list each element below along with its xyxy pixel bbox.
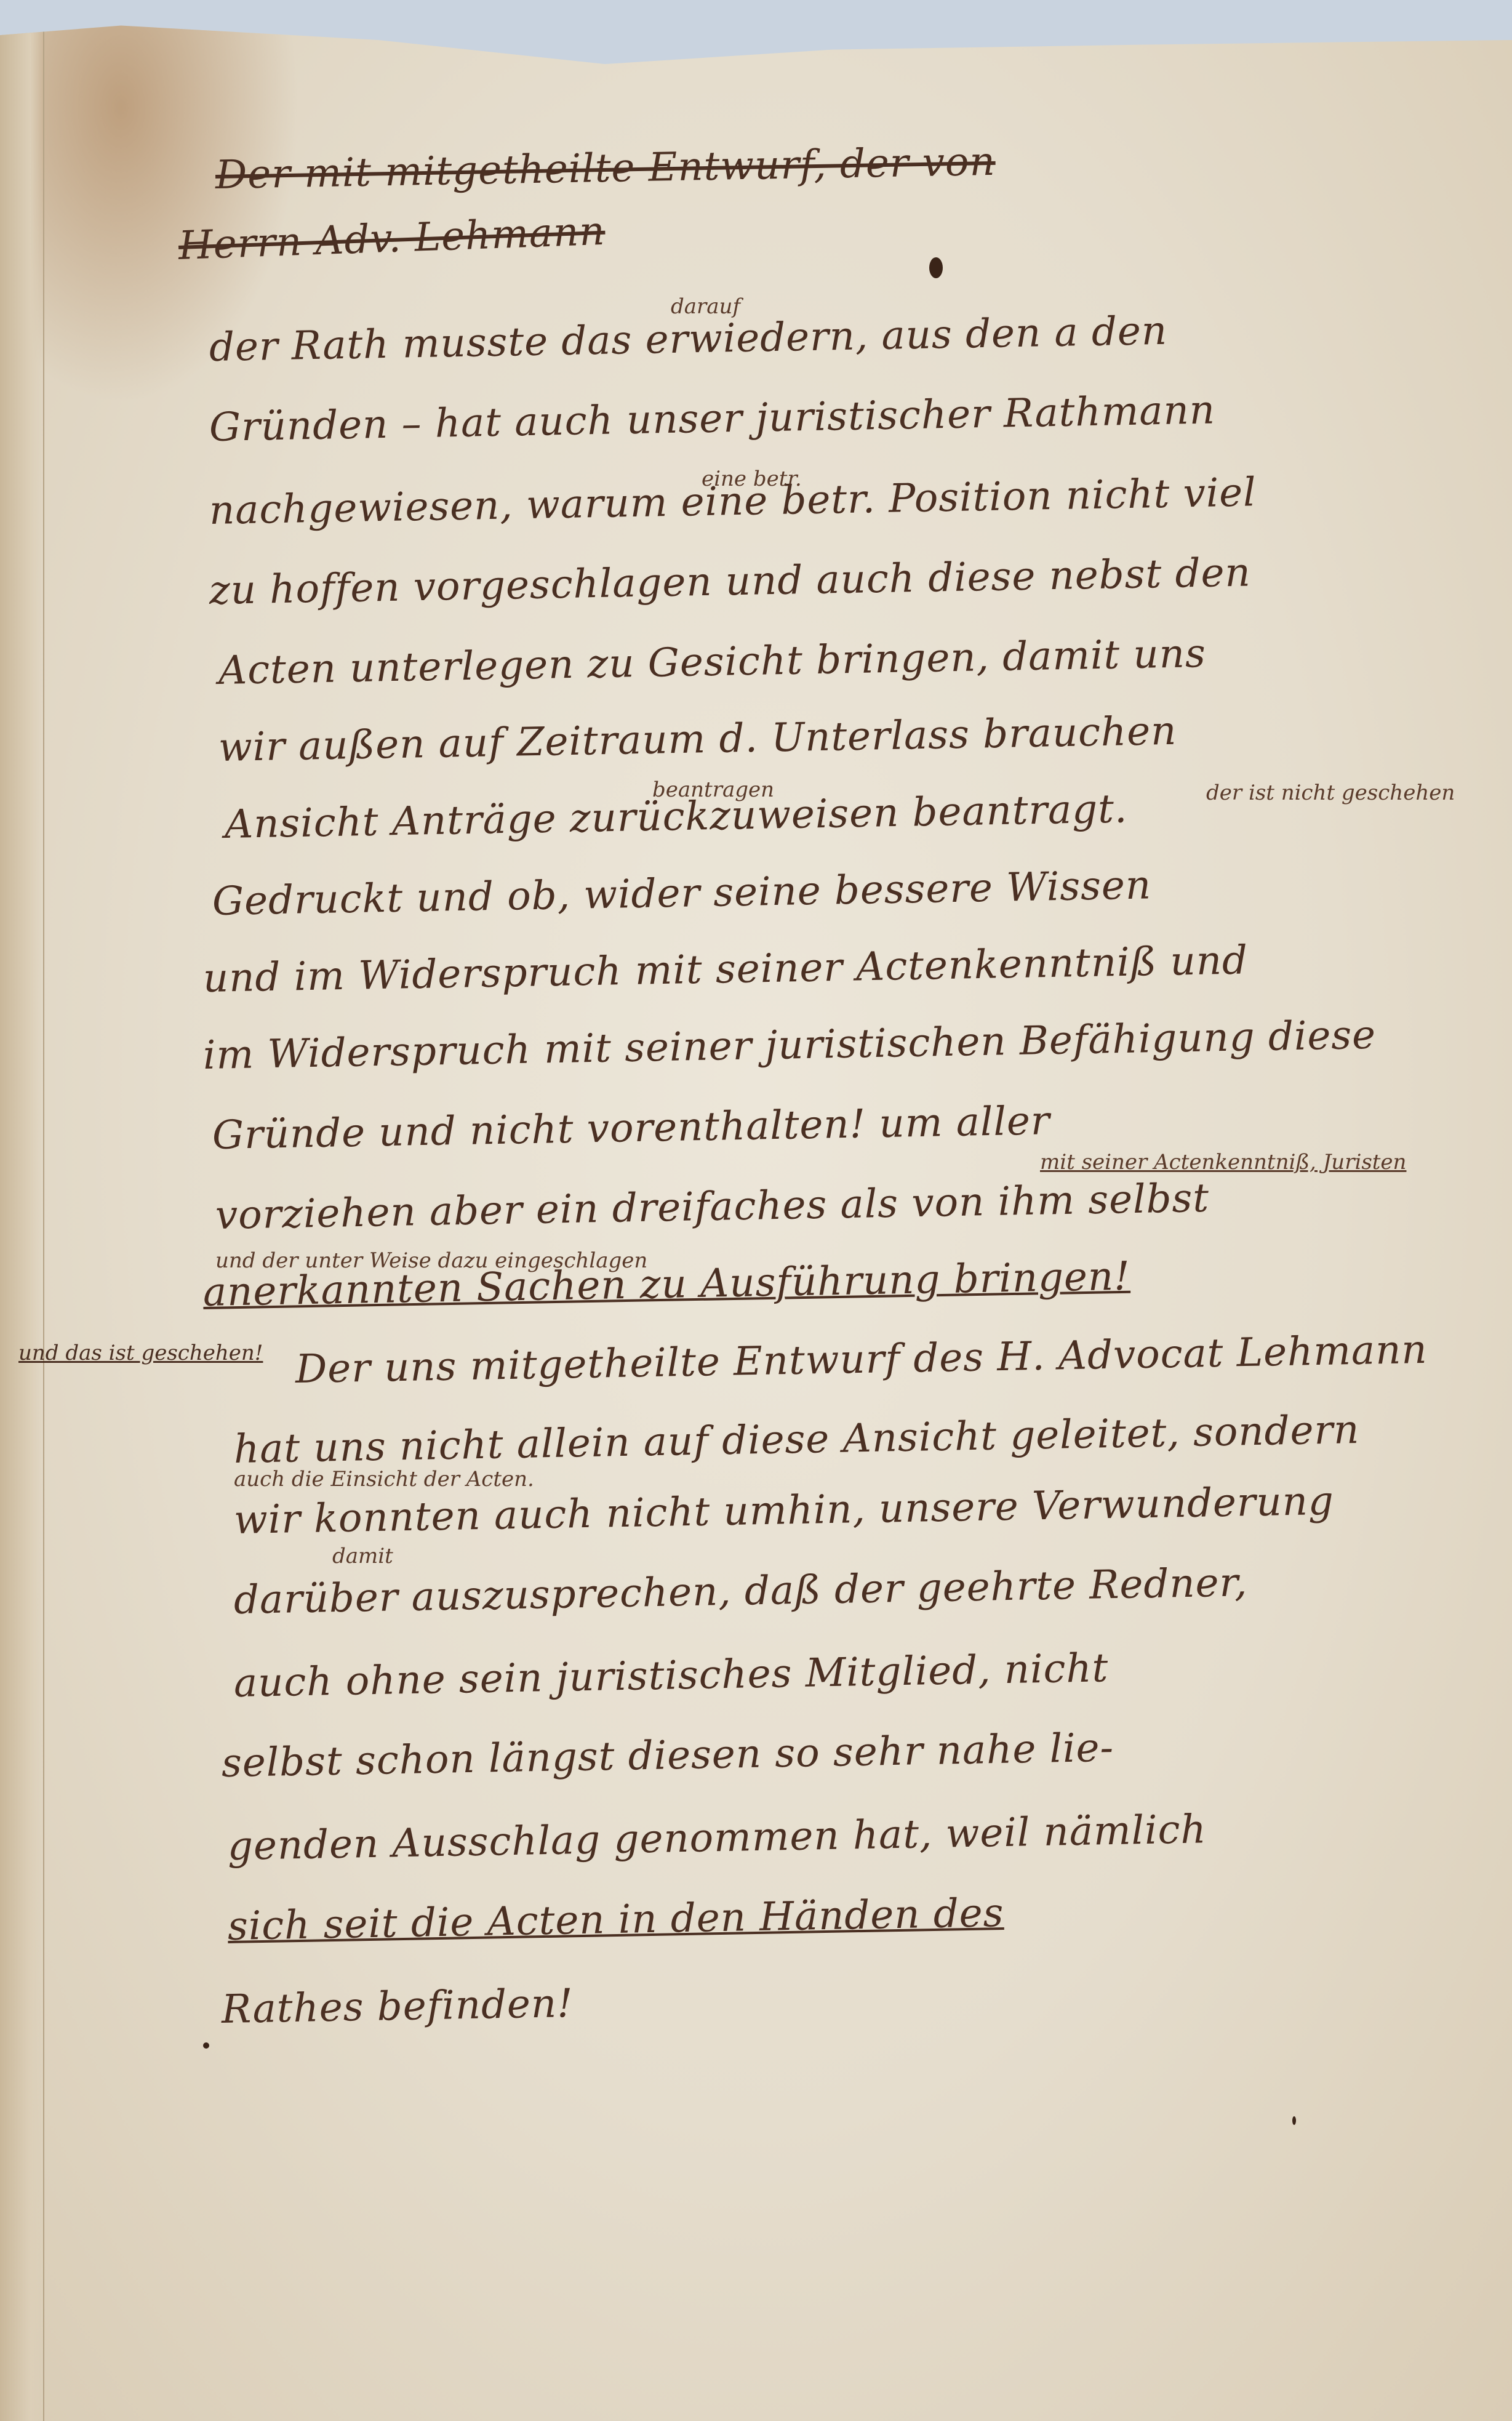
manuscript-line-16: Der uns mitgetheilte Entwurf des H. Advo… [295,1327,1428,1392]
manuscript-line-24: Rathes befinden! [221,1981,574,2033]
manuscript-line-21: selbst schon längst diesen so sehr nahe … [221,1725,1114,1786]
margin-note: und das ist geschehen! [18,1341,263,1365]
ink-speck [203,2042,209,2049]
ink-blot [929,257,943,278]
manuscript-line-1: Der mit mitgetheilte Entwurf, der von [215,139,996,198]
interlinear-insertion: damit [332,1544,393,1568]
manuscript-line-8: wir außen auf Zeitraum d. Unterlass brau… [218,709,1177,771]
manuscript-line-17: hat uns nicht allein auf diese Ansicht g… [233,1407,1359,1472]
manuscript-line-4: Gründen – hat auch unser juristischer Ra… [209,387,1215,451]
manuscript-line-22: genden Ausschlag genommen hat, weil näml… [227,1807,1207,1869]
manuscript-line-13: Gründe und nicht vorenthalten! um aller [212,1098,1050,1158]
manuscript-line-6: zu hoffen vorgeschlagen und auch diese n… [209,550,1251,614]
interlinear-insertion: auch die Einsicht der Acten. [234,1467,534,1492]
interlinear-insertion: mit seiner Actenkenntniß, Juristen [1040,1150,1406,1174]
manuscript-line-14: vorziehen aber ein dreifaches als von ih… [215,1176,1209,1239]
manuscript-line-9: Ansicht Anträge zurückzuweisen beantragt… [224,786,1127,848]
manuscript-line-7: Acten unterlegen zu Gesicht bringen, dam… [218,631,1206,694]
manuscript-line-10: Gedruckt und ob, wider seine bessere Wis… [212,862,1151,925]
manuscript-line-20: auch ohne sein juristisches Mitglied, ni… [233,1645,1109,1706]
manuscript-line-2: Herrn Adv. Lehmann [178,209,606,269]
manuscript-line-3: der Rath musste das erwiedern, aus den a… [209,308,1167,371]
manuscript-line-5: nachgewiesen, warum eine betr. Position … [209,470,1257,534]
ink-speck [1292,2116,1296,2125]
manuscript-line-11: und im Widerspruch mit seiner Actenkennt… [202,937,1248,1002]
manuscript-line-12: im Widerspruch mit seiner juristischen B… [202,1013,1376,1078]
manuscript-page: Der mit mitgetheilte Entwurf, der von He… [0,11,1512,2421]
manuscript-line-19: darüber auszusprechen, daß der geehrte R… [233,1560,1248,1623]
manuscript-line-23: sich seit die Acten in den Händen des [227,1890,1004,1949]
page-fold-edge [0,11,44,2421]
interlinear-insertion: darauf [671,294,740,319]
interlinear-insertion: der ist nicht geschehen [1206,781,1455,805]
